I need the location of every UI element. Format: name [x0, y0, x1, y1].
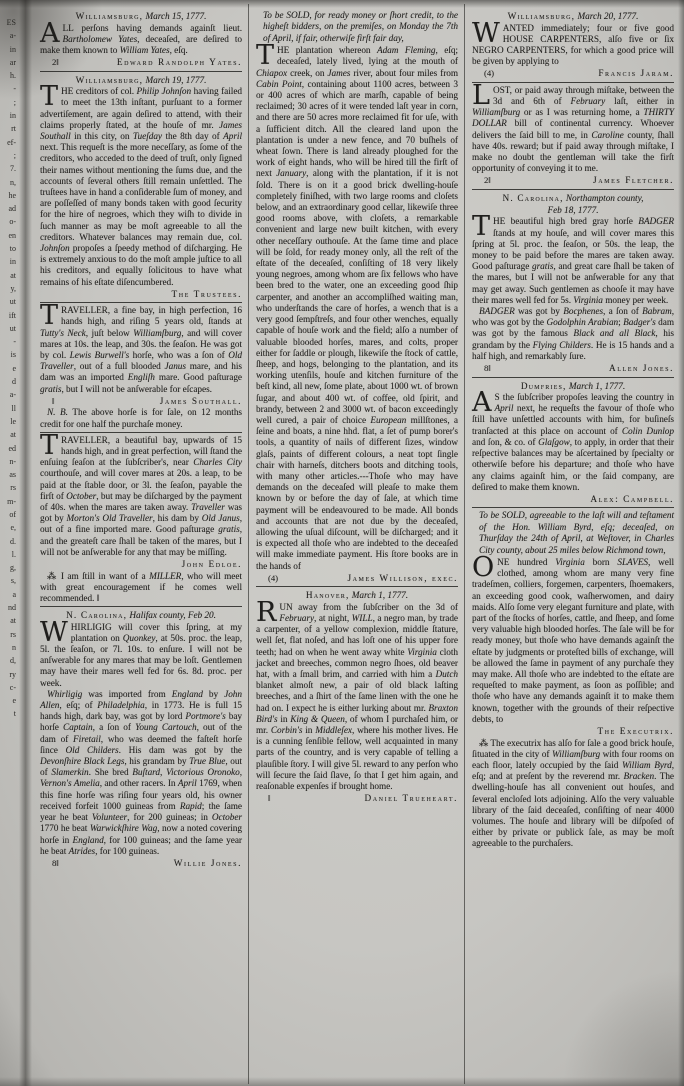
drop-cap: W [40, 622, 71, 643]
ad-separator-rule [472, 377, 674, 378]
ad-italic-intro: To be SOLD, for ready money or ſhort cre… [263, 10, 458, 44]
edge-fragment: is [1, 348, 16, 361]
edge-fragment: - [1, 82, 16, 95]
edge-fragment: e [1, 694, 16, 707]
advertisement: To be SOLD, for ready money or ſhort cre… [256, 10, 458, 584]
page-right-edge [678, 0, 684, 1086]
drop-cap: A [40, 23, 63, 44]
edge-fragment: s, [1, 574, 16, 587]
ad-signature: The Trustees. [40, 288, 242, 301]
signature-mark: ‖ [52, 395, 54, 408]
drop-cap: T [256, 45, 277, 66]
edge-fragment: ut [1, 295, 16, 308]
column-1: Williamsburg, March 15, 1777.ALL perſons… [33, 4, 248, 1084]
edge-fragment: t [1, 707, 16, 720]
advertisement: TRAVELLER, a beautiful bay, upwards of 1… [40, 435, 242, 604]
ad-dateline: Williamsburg, March 20, 1777. [472, 10, 674, 23]
edge-fragment: y, [1, 282, 16, 295]
ad-body: WHIRLIGIG will cover this ſpring, at my … [40, 622, 242, 689]
drop-cap: T [40, 86, 61, 107]
drop-cap: W [472, 23, 503, 44]
edge-fragment: g, [1, 561, 16, 574]
dateline-date: March 15, 1777. [143, 11, 206, 21]
edge-fragment: ry [1, 668, 16, 681]
signature-name: Willie Jones. [174, 857, 242, 870]
ad-signature: The Executrix. [472, 725, 674, 738]
ad-paragraph: N. B. The above horſe is for ſale, on 12… [40, 407, 242, 429]
signature-name: Francis Jaram. [598, 67, 674, 80]
edge-fragment: ; [1, 96, 16, 109]
ad-body: TRAVELLER, a fine bay, in high perfectio… [40, 305, 242, 395]
edge-fragment: c- [1, 681, 16, 694]
dateline-date: Northampton county, [564, 193, 644, 203]
edge-fragment: ift [1, 309, 16, 322]
ad-separator-rule [40, 71, 242, 72]
drop-cap: R [256, 602, 279, 623]
edge-fragment: h. [1, 69, 16, 82]
edge-fragment: ef- [1, 136, 16, 149]
ad-separator-rule [40, 432, 242, 433]
ad-separator-rule [472, 507, 674, 508]
ad-body: TRAVELLER, a beautiful bay, upwards of 1… [40, 435, 242, 558]
ad-dateline: N. Carolina, Halifax county, Feb 20. [40, 609, 242, 622]
edge-fragment: he [1, 189, 16, 202]
drop-cap: T [40, 435, 61, 456]
edge-fragment: ; [1, 149, 16, 162]
advertisement: To be SOLD, agreeable to the laſt will a… [472, 510, 674, 849]
signature-name: James Fletcher. [593, 174, 674, 187]
ad-body: THE creditors of col. Philip Johnſon hav… [40, 86, 242, 288]
edge-fragment: ES [1, 16, 16, 29]
edge-fragment: at [1, 269, 16, 282]
edge-fragment: a- [1, 388, 16, 401]
edge-fragment: n- [1, 455, 16, 468]
ad-body: ONE hundred Virginia born SLAVES, well c… [472, 557, 674, 725]
edge-fragment: ed [1, 442, 16, 455]
signature-mark: ‖ [268, 792, 270, 805]
drop-cap: O [472, 557, 497, 578]
column-3: Williamsburg, March 20, 1777.WANTED imme… [464, 4, 680, 1084]
dateline-place: N. Carolina, [66, 610, 127, 620]
advertisement: Hanover, March 1, 1777.RUN away from the… [256, 589, 458, 804]
signature-name: Edward Randolph Yates. [117, 56, 242, 69]
edge-fragment: le [1, 415, 16, 428]
ad-dateline: Dumfries, March 1, 1777. [472, 380, 674, 393]
dateline-date: Halifax county, Feb 20. [127, 610, 216, 620]
advertisement: TRAVELLER, a fine bay, in high perfectio… [40, 305, 242, 430]
ad-separator-rule [472, 189, 674, 190]
drop-cap: T [472, 216, 493, 237]
dateline-date: March 19, 1777. [143, 75, 206, 85]
ad-paragraph: Whirligig was imported from England by J… [40, 689, 242, 857]
edge-fragment: in [1, 109, 16, 122]
ad-signature: John Edloe. [40, 558, 242, 571]
dateline-place: Williamsburg, [508, 11, 576, 21]
dateline-place: N. Carolina, [503, 193, 564, 203]
ad-signature: (4)Francis Jaram. [472, 67, 674, 80]
ad-signature: ‖James Southall. [40, 395, 242, 408]
dateline-date2: Feb 18, 1777. [472, 204, 674, 216]
edge-fragment: ut [1, 322, 16, 335]
edge-fragment: d. [1, 535, 16, 548]
advertisement: Williamsburg, March 20, 1777.WANTED imme… [472, 10, 674, 80]
advertisement: Williamsburg, March 15, 1777.ALL perſons… [40, 10, 242, 69]
edge-fragment: nd [1, 601, 16, 614]
signature-name: Allen Jones. [609, 362, 674, 375]
signature-mark: (4) [484, 67, 494, 80]
drop-cap: T [40, 305, 61, 326]
ad-signature: Alex: Campbell. [472, 493, 674, 506]
ad-body: LOST, or paid away through miſtake, betw… [472, 85, 674, 175]
ad-body: RUN away from the ſubſcriber on the 3d o… [256, 602, 458, 792]
advertisement: N. Carolina, Northampton county,Feb 18, … [472, 192, 674, 375]
dateline-place: Williamsburg, [76, 11, 144, 21]
ad-separator-rule [40, 302, 242, 303]
advertisement: N. Carolina, Halifax county, Feb 20.WHIR… [40, 609, 242, 869]
edge-fragment: at [1, 428, 16, 441]
advertisement: Williamsburg, March 19, 1777.THE credito… [40, 74, 242, 301]
ad-signature: (4)James Willison, exec. [256, 572, 458, 585]
edge-fragment: - [1, 335, 16, 348]
edge-fragment: rt [1, 122, 16, 135]
edge-fragment: n, [1, 176, 16, 189]
ad-dateline: Williamsburg, March 15, 1777. [40, 10, 242, 23]
drop-cap: A [472, 392, 495, 413]
advertisement: Dumfries, March 1, 1777.AS the ſubſcribe… [472, 380, 674, 506]
edge-fragment: 7. [1, 162, 16, 175]
edge-fragment: m- [1, 495, 16, 508]
signature-mark: 8‖ [484, 362, 491, 375]
ad-body: ALL perſons having demands againſt lieut… [40, 23, 242, 57]
ad-separator-rule [256, 586, 458, 587]
edge-fragment: ll [1, 402, 16, 415]
signature-name: John Edloe. [182, 558, 242, 571]
edge-fragment: to [1, 242, 16, 255]
edge-fragment: e, [1, 521, 16, 534]
edge-fragment: d, [1, 654, 16, 667]
edge-fragment: in [1, 43, 16, 56]
columns: Williamsburg, March 15, 1777.ALL perſons… [33, 4, 680, 1084]
edge-fragment: en [1, 229, 16, 242]
dateline-date: March 20, 1777. [575, 11, 638, 21]
ad-separator-rule [40, 606, 242, 607]
edge-fragment: a [1, 588, 16, 601]
torn-edge-fragments: ESa-inarh.-;inrtef-;7.n,heado-entoinaty,… [1, 16, 16, 721]
edge-fragment: ad [1, 202, 16, 215]
newspaper-page: ESa-inarh.-;inrtef-;7.n,heado-entoinaty,… [0, 0, 684, 1086]
edge-fragment: e [1, 362, 16, 375]
ad-signature: 2‖James Fletcher. [472, 174, 674, 187]
ad-paragraph: ⁂ The executrix has alſo for ſale a good… [472, 738, 674, 850]
signature-mark: 8‖ [52, 857, 59, 870]
ad-body: THE plantation whereon Adam Fleming, eſq… [256, 45, 458, 572]
edge-fragment: d [1, 375, 16, 388]
signature-mark: (4) [268, 572, 278, 585]
edge-fragment: l. [1, 548, 16, 561]
ad-signature: ‖Daniel Trueheart. [256, 792, 458, 805]
edge-fragment: n [1, 641, 16, 654]
ad-body: THE beautiful high bred gray horſe BADGE… [472, 216, 674, 306]
edge-fragment: ar [1, 56, 16, 69]
ad-separator-rule [472, 82, 674, 83]
ad-dateline: N. Carolina, Northampton county, [472, 192, 674, 205]
ad-dateline: Williamsburg, March 19, 1777. [40, 74, 242, 87]
signature-name: Alex: Campbell. [590, 493, 674, 506]
ad-signature: 2‖Edward Randolph Yates. [40, 56, 242, 69]
edge-fragment: of [1, 508, 16, 521]
signature-name: Daniel Trueheart. [364, 792, 458, 805]
dateline-place: Williamsburg, [76, 75, 144, 85]
dateline-place: Dumfries, [521, 381, 567, 391]
ad-body: WANTED immediately; four or five good HO… [472, 23, 674, 68]
edge-fragment: a- [1, 29, 16, 42]
ad-signature: 8‖Allen Jones. [472, 362, 674, 375]
ad-dateline: Hanover, March 1, 1777. [256, 589, 458, 602]
signature-name: The Executrix. [597, 725, 674, 738]
edge-fragment: o- [1, 215, 16, 228]
signature-mark: 2‖ [484, 174, 491, 187]
dateline-place: Hanover, [306, 590, 350, 600]
signature-name: James Southall. [160, 395, 242, 408]
ad-italic-intro: To be SOLD, agreeable to the laſt will a… [479, 510, 674, 556]
advertisement: LOST, or paid away through miſtake, betw… [472, 85, 674, 187]
ad-paragraph: ⁂ I am ſtill in want of a MILLER, who wi… [40, 571, 242, 605]
edge-fragment: at [1, 614, 16, 627]
page-bottom-edge [0, 1077, 684, 1086]
edge-fragment: as [1, 468, 16, 481]
column-2: To be SOLD, for ready money or ſhort cre… [248, 4, 464, 1084]
page-fold-shadow [19, 0, 32, 1086]
edge-fragment: rs [1, 628, 16, 641]
signature-mark: 2‖ [52, 56, 59, 69]
ad-paragraph: BADGER was got by Bocphenes, a ſon of Ba… [472, 306, 674, 362]
edge-fragment: rs [1, 481, 16, 494]
ad-signature: 8‖Willie Jones. [40, 857, 242, 870]
edge-fragment: in [1, 255, 16, 268]
dateline-date: March 1, 1777. [349, 590, 408, 600]
signature-name: The Trustees. [172, 288, 242, 301]
ad-body: AS the ſubſcriber propoſes leaving the c… [472, 392, 674, 493]
signature-name: James Willison, exec. [347, 572, 458, 585]
dateline-date: March 1, 1777. [567, 381, 626, 391]
drop-cap: L [472, 85, 493, 106]
